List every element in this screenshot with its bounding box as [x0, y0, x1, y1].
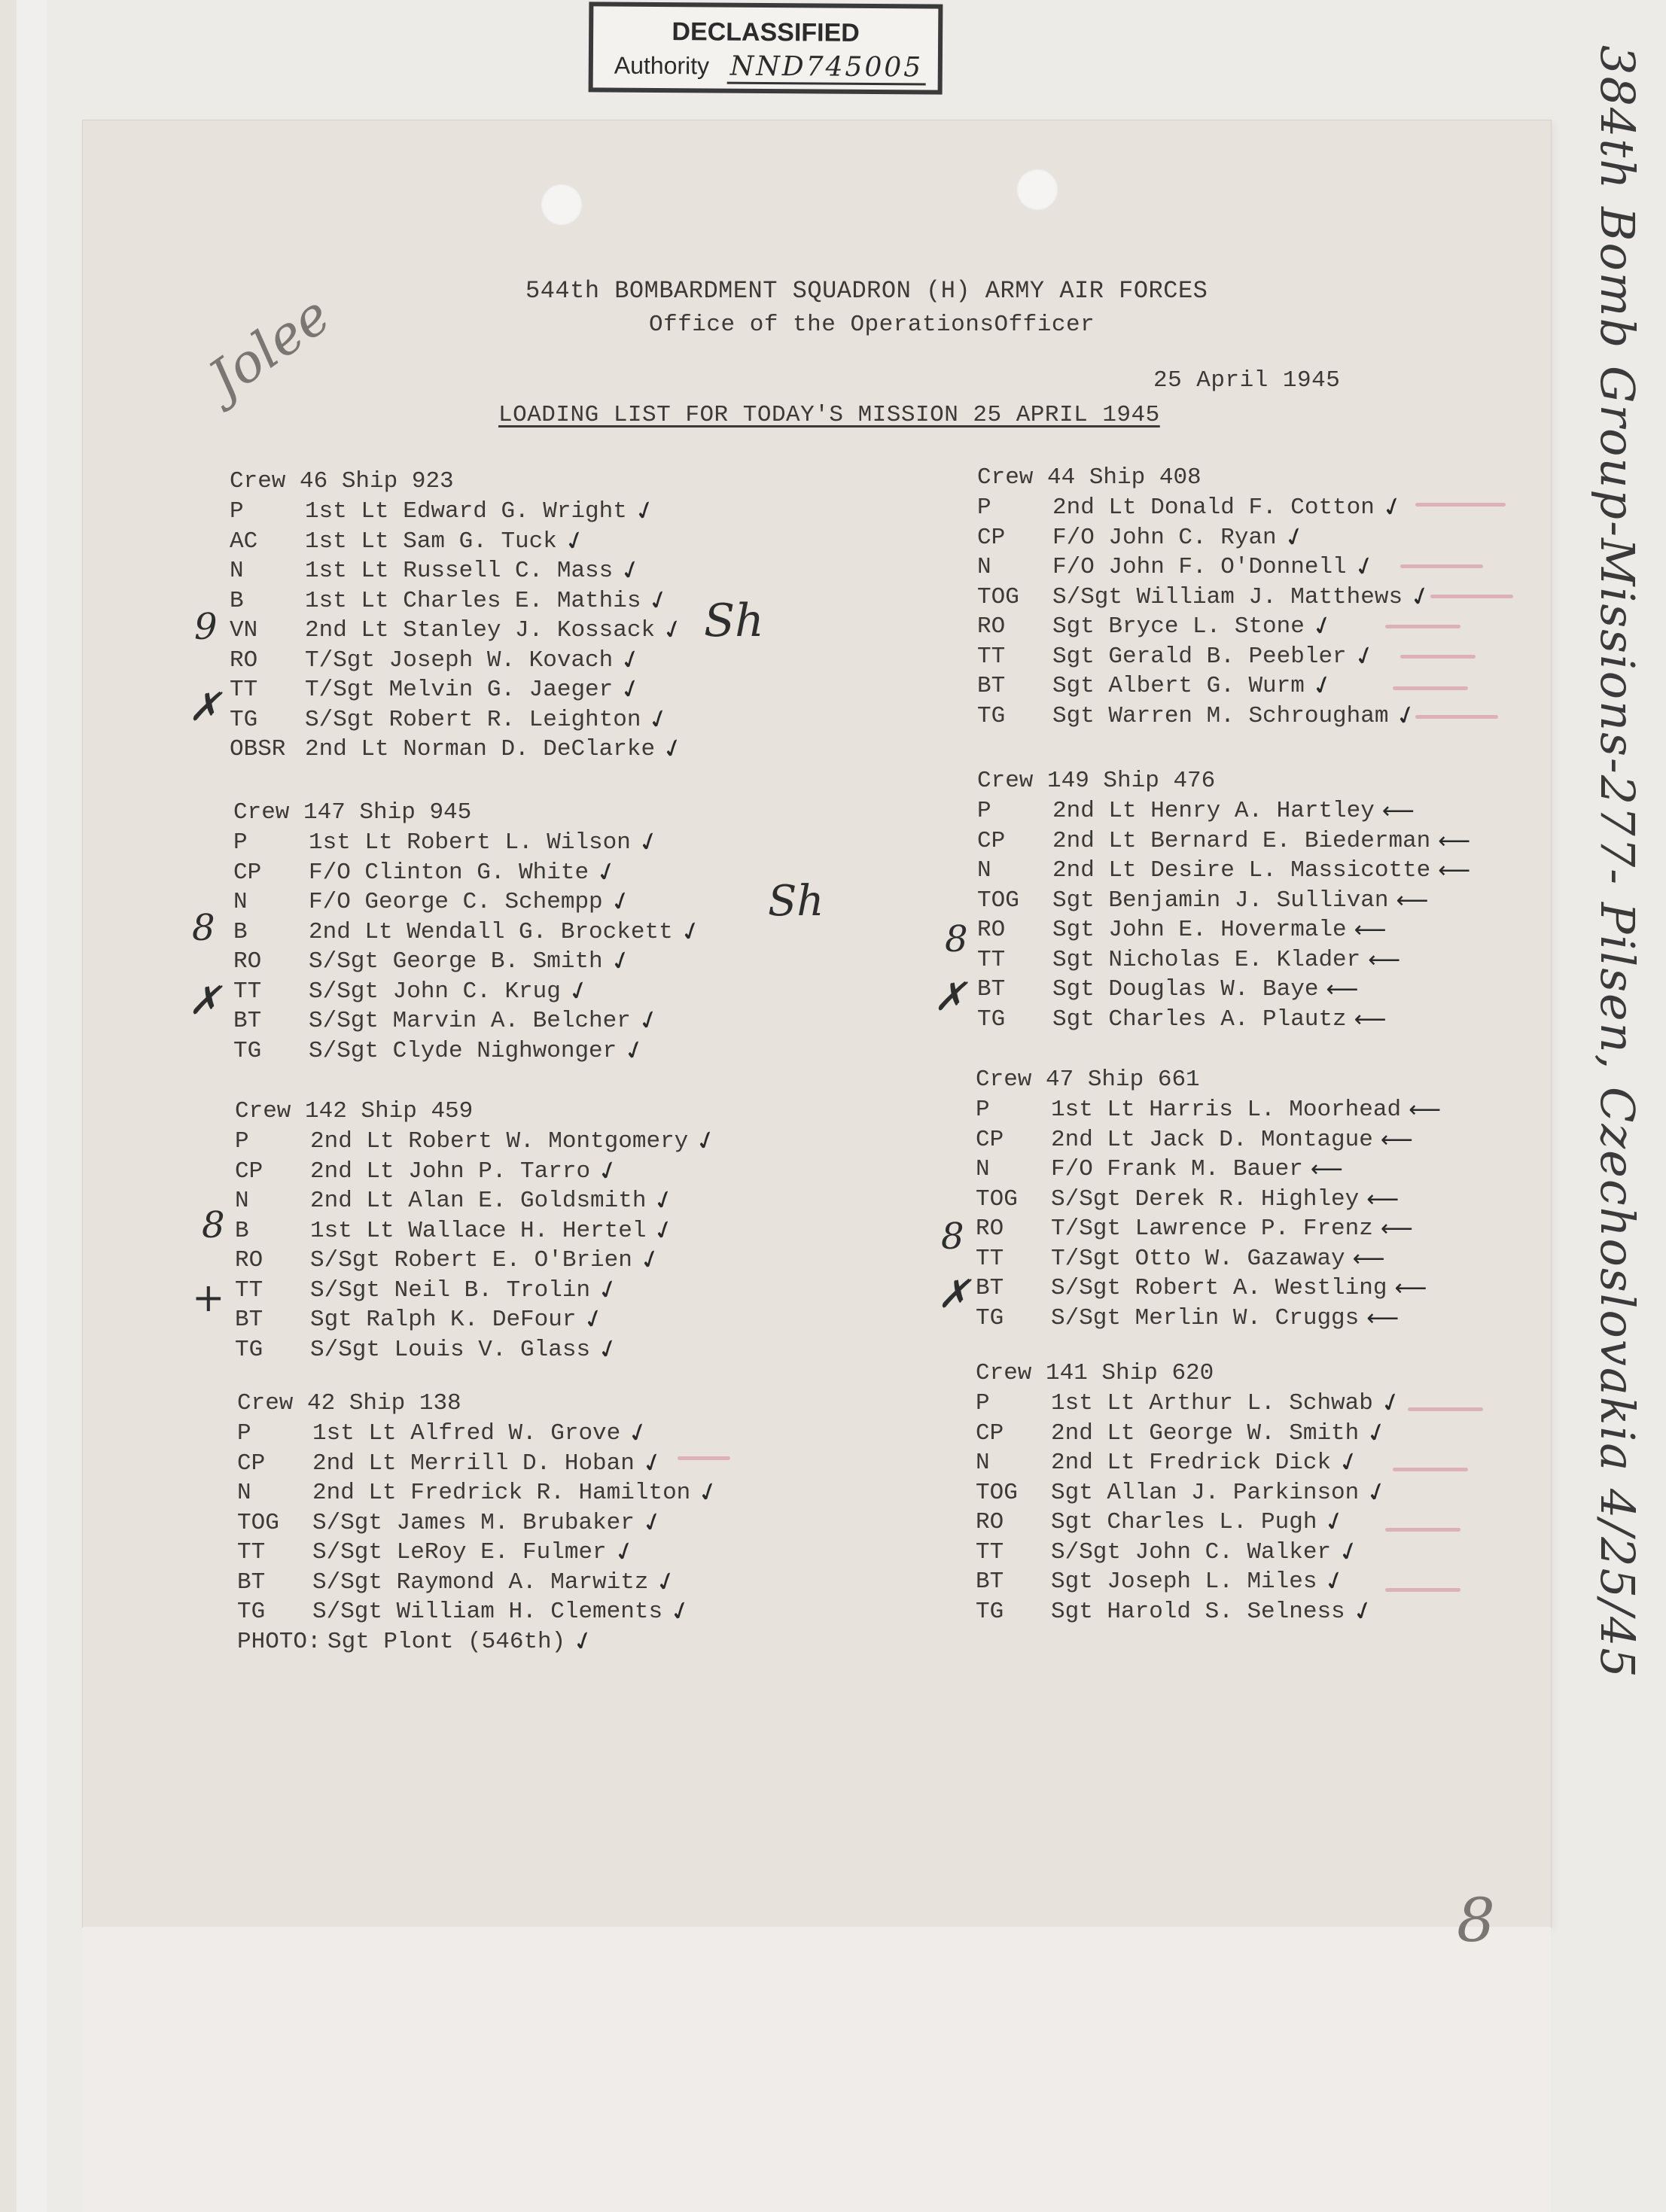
crew-member-row: P1st Lt Edward G. Wright✓: [230, 497, 684, 527]
member-name: S/Sgt William H. Clements: [312, 1597, 662, 1627]
crew-member-row: P1st Lt Robert L. Wilson✓: [233, 828, 702, 858]
crew-member-row: N1st Lt Russell C. Mass✓: [230, 556, 684, 586]
crew-member-row: CPF/O John C. Ryan✓: [977, 523, 1432, 553]
member-name: F/O John F. O'Donnell: [1052, 552, 1347, 583]
member-name: 2nd Lt Alan E. Goldsmith: [310, 1186, 646, 1216]
backdrop-binder-edge: [0, 0, 17, 2212]
checkmark-icon: ✓: [1363, 1475, 1392, 1510]
member-name: 2nd Lt Desire L. Massicotte: [1052, 856, 1430, 886]
checkmark-icon: ✓: [638, 1446, 667, 1480]
crew-member-row: TOGS/Sgt William J. Matthews✓: [977, 583, 1432, 613]
crew-member-row: CP2nd Lt John P. Tarro✓: [235, 1157, 717, 1187]
checkmark-icon: ✓: [1280, 520, 1309, 555]
crew-member-row: TTS/Sgt John C. Krug✓: [233, 977, 702, 1007]
position-code: BT: [235, 1305, 310, 1335]
checkmark-icon: ✓: [1320, 1565, 1350, 1599]
position-code: TG: [233, 1036, 309, 1066]
crew-member-row: TTS/Sgt John C. Walker✓: [976, 1538, 1402, 1568]
member-name: Sgt Charles L. Pugh: [1051, 1508, 1317, 1538]
crew-member-row: NF/O Frank M. Bauer⟵: [976, 1155, 1441, 1185]
member-name: Sgt Bryce L. Stone: [1052, 612, 1305, 642]
crew-member-row: B2nd Lt Wendall G. Brockett✓: [233, 917, 702, 948]
vertical-margin-note: 384th Bomb Group-Missions-277- Pilsen, C…: [1577, 45, 1645, 1927]
position-code: BT: [976, 1567, 1051, 1597]
position-code: AC: [230, 527, 305, 557]
member-name: S/Sgt George B. Smith: [309, 947, 603, 977]
declassified-stamp: DECLASSIFIED Authority NND745005: [589, 2, 943, 94]
position-code: P: [233, 828, 309, 858]
member-name: T/Sgt Joseph W. Kovach: [305, 646, 613, 676]
crew-member-row: ROT/Sgt Lawrence P. Frenz⟵: [976, 1214, 1441, 1244]
position-code: TOG: [977, 583, 1052, 613]
arrow-mark-icon: ⟵: [1366, 1185, 1399, 1215]
position-code: TG: [976, 1597, 1051, 1627]
member-name: S/Sgt Neil B. Trolin: [310, 1276, 590, 1306]
crew-member-row: TTSgt Gerald B. Peebler✓: [977, 642, 1432, 672]
checkmark-icon: ✓: [644, 702, 674, 737]
member-name: Sgt John E. Hovermale: [1052, 915, 1347, 945]
position-code: RO: [230, 646, 305, 676]
arrow-mark-icon: ⟵: [1396, 886, 1428, 916]
crew-member-row: NF/O George C. Schempp✓: [233, 887, 702, 917]
crew-member-row: TTS/Sgt Neil B. Trolin✓: [235, 1276, 717, 1306]
position-code: TT: [976, 1244, 1051, 1274]
crew-block-44: Crew 44 Ship 408 P2nd Lt Donald F. Cotto…: [977, 463, 1432, 731]
crew-heading: Crew 141 Ship 620: [976, 1359, 1402, 1389]
member-name: 1st Lt Wallace H. Hertel: [310, 1216, 646, 1246]
member-name: Sgt Nicholas E. Klader: [1052, 945, 1360, 975]
crew-member-row: TTS/Sgt LeRoy E. Fulmer✓: [237, 1538, 720, 1568]
checkmark-icon: ✓: [606, 885, 635, 920]
x-mark-icon: ✗: [937, 1272, 970, 1317]
checkmark-icon: ✓: [1308, 610, 1337, 644]
checkmark-icon: ✓: [635, 1243, 665, 1278]
position-code: P: [977, 493, 1052, 523]
crew-member-row: P1st Lt Alfred W. Grove✓: [237, 1419, 720, 1449]
position-code: BT: [233, 1006, 309, 1036]
crew-member-row: TTT/Sgt Melvin G. Jaeger✓: [230, 675, 684, 705]
stamp-authority-value: NND745005: [727, 51, 927, 86]
crew-member-row: B1st Lt Charles E. Mathis✓: [230, 586, 684, 616]
checkmark-icon: ✓: [580, 1303, 609, 1337]
position-code: BT: [237, 1568, 312, 1598]
member-name: 1st Lt Sam G. Tuck: [305, 527, 557, 557]
arrow-mark-icon: ⟵: [1366, 1304, 1399, 1334]
position-code: CP: [237, 1449, 312, 1479]
position-code: TG: [230, 705, 305, 735]
member-name: S/Sgt William J. Matthews: [1052, 583, 1403, 613]
checkmark-icon: ✓: [624, 1416, 653, 1451]
punch-hole-right: [1016, 169, 1058, 211]
position-code: P: [237, 1419, 312, 1449]
position-code: CP: [976, 1125, 1051, 1155]
member-name: S/Sgt Derek R. Highley: [1051, 1185, 1359, 1215]
member-name: Sgt Gerald B. Peebler: [1052, 642, 1347, 672]
crew-member-row: CPF/O Clinton G. White✓: [233, 858, 702, 888]
stamp-authority-label: Authority: [614, 52, 710, 81]
position-code: TG: [237, 1597, 312, 1627]
checkmark-icon: ✓: [620, 1033, 650, 1068]
member-name: Sgt Ralph K. DeFour: [310, 1305, 576, 1335]
member-name: S/Sgt Robert R. Leighton: [305, 705, 641, 735]
member-name: 2nd Lt Bernard E. Biederman: [1052, 826, 1430, 857]
x-mark-icon: ✗: [188, 685, 221, 730]
position-code: B: [230, 586, 305, 616]
position-code: N: [976, 1155, 1051, 1185]
member-name: F/O Frank M. Bauer: [1051, 1155, 1303, 1185]
checkmark-icon: ✓: [1320, 1505, 1350, 1540]
checkmark-icon: ✓: [564, 974, 593, 1009]
crew-member-row: TGS/Sgt William H. Clements✓: [237, 1597, 720, 1627]
member-name: Sgt Benjamin J. Sullivan: [1052, 886, 1388, 916]
crew-member-row: N2nd Lt Fredrick Dick✓: [976, 1448, 1402, 1478]
crew-member-row: BTSgt Albert G. Wurm✓: [977, 671, 1432, 701]
checkmark-icon: ✓: [630, 494, 659, 529]
checkmark-icon: ✓: [610, 1535, 639, 1570]
position-code: N: [977, 856, 1052, 886]
position-code: TOG: [977, 886, 1052, 916]
crew-member-row: N2nd Lt Fredrick R. Hamilton✓: [237, 1478, 720, 1508]
crew-block-149: Crew 149 Ship 476 P2nd Lt Henry A. Hartl…: [977, 766, 1470, 1034]
member-name: S/Sgt Raymond A. Marwitz: [312, 1568, 648, 1598]
member-name: 1st Lt Alfred W. Grove: [312, 1419, 620, 1449]
checkmark-icon: ✓: [1348, 1594, 1378, 1629]
position-code: TT: [976, 1538, 1051, 1568]
crew-member-row: TGSgt Charles A. Plautz⟵: [977, 1005, 1470, 1035]
arrow-mark-icon: ⟵: [1409, 1095, 1441, 1125]
crew149-side-mark: 8: [945, 918, 968, 960]
crew-heading: Crew 44 Ship 408: [977, 463, 1432, 493]
position-code: P: [230, 497, 305, 527]
checkmark-icon: ✓: [1350, 639, 1379, 674]
crew-heading: Crew 147 Ship 945: [233, 798, 702, 828]
crew-member-row: N2nd Lt Desire L. Massicotte⟵: [977, 856, 1470, 886]
arrow-mark-icon: ⟵: [1353, 1244, 1385, 1274]
position-code: CP: [977, 523, 1052, 553]
crew147-side-mark: 8: [192, 907, 215, 949]
position-code: TG: [977, 701, 1052, 732]
stamp-title: DECLASSIFIED: [593, 17, 938, 48]
position-code: B: [235, 1216, 310, 1246]
position-code: TG: [977, 1005, 1052, 1035]
position-code: N: [237, 1478, 312, 1508]
crew-member-row: TTT/Sgt Otto W. Gazaway⟵: [976, 1244, 1441, 1274]
arrow-mark-icon: ⟵: [1394, 1273, 1427, 1304]
member-name: 2nd Lt Donald F. Cotton: [1052, 493, 1375, 523]
checkmark-icon: ✓: [638, 1505, 667, 1540]
arrow-mark-icon: ⟵: [1438, 826, 1470, 857]
checkmark-icon: ✓: [692, 1124, 721, 1159]
crew-member-row: BTS/Sgt Raymond A. Marwitz✓: [237, 1568, 720, 1598]
member-name: 1st Lt Harris L. Moorhead: [1051, 1095, 1401, 1125]
red-tally-mark: [1430, 595, 1513, 598]
member-name: Sgt Charles A. Plautz: [1052, 1005, 1347, 1035]
checkmark-icon: ✓: [676, 914, 705, 949]
position-code: N: [977, 552, 1052, 583]
position-code: PHOTO:: [237, 1627, 327, 1657]
unit-heading: 544th BOMBARDMENT SQUADRON (H) ARMY AIR …: [525, 277, 1208, 305]
checkmark-icon: ✓: [617, 554, 646, 589]
position-code: RO: [976, 1508, 1051, 1538]
crew-heading: Crew 149 Ship 476: [977, 766, 1470, 796]
member-name: Sgt Harold S. Selness: [1051, 1597, 1345, 1627]
page-number-annotation: 8: [1457, 1885, 1495, 1955]
position-code: N: [230, 556, 305, 586]
checkmark-icon: ✓: [594, 1332, 623, 1367]
checkmark-icon: ✓: [650, 1184, 679, 1219]
position-code: P: [235, 1127, 310, 1157]
crew-member-row: ROSgt Bryce L. Stone✓: [977, 612, 1432, 642]
member-name: 2nd Lt Wendall G. Brockett: [309, 917, 673, 948]
checkmark-icon: ✓: [1308, 669, 1337, 704]
position-code: B: [233, 917, 309, 948]
crew-member-row: TTSgt Nicholas E. Klader⟵: [977, 945, 1470, 975]
crew-member-row: BTS/Sgt Marvin A. Belcher✓: [233, 1006, 702, 1036]
crew-member-row: AC1st Lt Sam G. Tuck✓: [230, 527, 684, 557]
member-name: 2nd Lt Norman D. DeClarke: [305, 735, 655, 765]
crew-member-row: TOGS/Sgt Derek R. Highley⟵: [976, 1185, 1441, 1215]
checkmark-icon: ✓: [634, 826, 663, 860]
crew-member-row: ROS/Sgt Robert E. O'Brien✓: [235, 1246, 717, 1276]
member-name: 2nd Lt John P. Tarro: [310, 1157, 590, 1187]
crew-member-row: TOGSgt Benjamin J. Sullivan⟵: [977, 886, 1470, 916]
crew-member-row: VN2nd Lt Stanley J. Kossack✓: [230, 616, 684, 646]
checkmark-icon: ✓: [659, 732, 688, 767]
member-name: S/Sgt Robert E. O'Brien: [310, 1246, 632, 1276]
crew-member-row: BTSgt Ralph K. DeFour✓: [235, 1305, 717, 1335]
crew-member-row: TGS/Sgt Louis V. Glass✓: [235, 1335, 717, 1365]
position-code: RO: [977, 612, 1052, 642]
page-below: [83, 1927, 1551, 2212]
member-name: 2nd Lt Jack D. Montague: [1051, 1125, 1373, 1155]
arrow-mark-icon: ⟵: [1368, 945, 1400, 975]
member-name: 2nd Lt Henry A. Hartley: [1052, 796, 1375, 826]
crew-member-row: BTSgt Joseph L. Miles✓: [976, 1567, 1402, 1597]
member-name: F/O George C. Schempp: [309, 887, 603, 917]
position-code: TOG: [976, 1185, 1051, 1215]
cross-mark-icon: +: [192, 1276, 225, 1321]
crew-member-row: TGS/Sgt Robert R. Leighton✓: [230, 705, 684, 735]
crew142-side-mark: 8: [202, 1204, 225, 1246]
document-date: 25 April 1945: [1153, 367, 1340, 394]
arrow-mark-icon: ⟵: [1311, 1155, 1343, 1185]
crew-member-row: N2nd Lt Alan E. Goldsmith✓: [235, 1186, 717, 1216]
loading-list-title: LOADING LIST FOR TODAY'S MISSION 25 APRI…: [498, 402, 1160, 428]
crew-member-row: ROSgt John E. Hovermale⟵: [977, 915, 1470, 945]
crew-member-row: P2nd Lt Robert W. Montgomery✓: [235, 1127, 717, 1157]
x-mark-icon: ✗: [188, 978, 221, 1024]
crew-member-row: P2nd Lt Donald F. Cotton✓: [977, 493, 1432, 523]
position-code: RO: [233, 947, 309, 977]
position-code: RO: [977, 915, 1052, 945]
crew-member-row: OBSR2nd Lt Norman D. DeClarke✓: [230, 735, 684, 765]
checkmark-icon: ✓: [606, 945, 635, 979]
member-name: 1st Lt Arthur L. Schwab: [1051, 1389, 1373, 1419]
checkmark-icon: ✓: [1335, 1446, 1364, 1480]
position-code: TG: [976, 1304, 1051, 1334]
crew-member-row: ROSgt Charles L. Pugh✓: [976, 1508, 1402, 1538]
position-code: VN: [230, 616, 305, 646]
checkmark-icon: ✓: [1363, 1416, 1392, 1450]
checkmark-icon: ✓: [617, 643, 646, 677]
crew47-side-mark: 8: [941, 1216, 964, 1258]
red-tally-mark: [1408, 1407, 1483, 1411]
arrow-mark-icon: ⟵: [1381, 1214, 1413, 1244]
crew-member-row: BTSgt Douglas W. Baye⟵: [977, 975, 1470, 1005]
x-mark-icon: ✗: [934, 975, 967, 1020]
backdrop-page-edge: [17, 0, 47, 2212]
crew-member-row: CP2nd Lt Bernard E. Biederman⟵: [977, 826, 1470, 857]
crew46-note: Sh: [704, 595, 764, 647]
crew-member-row: CP2nd Lt Jack D. Montague⟵: [976, 1125, 1441, 1155]
arrow-mark-icon: ⟵: [1438, 856, 1470, 886]
member-name: 1st Lt Russell C. Mass: [305, 556, 613, 586]
checkmark-icon: ✓: [652, 1565, 681, 1599]
arrow-mark-icon: ⟵: [1382, 796, 1415, 826]
crew-member-row: TGSgt Harold S. Selness✓: [976, 1597, 1402, 1627]
checkmark-icon: ✓: [644, 583, 674, 618]
member-name: Sgt Albert G. Wurm: [1052, 671, 1305, 701]
crew-member-row: BTS/Sgt Robert A. Westling⟵: [976, 1273, 1441, 1304]
office-heading: Office of the OperationsOfficer: [649, 312, 1095, 338]
checkmark-icon: ✓: [666, 1595, 696, 1629]
checkmark-icon: ✓: [1392, 698, 1421, 733]
checkmark-icon: ✓: [659, 613, 688, 648]
crew-member-row: P1st Lt Arthur L. Schwab✓: [976, 1389, 1402, 1419]
crew-member-row: TGS/Sgt Clyde Nighwonger✓: [233, 1036, 702, 1066]
position-code: TT: [977, 642, 1052, 672]
position-code: TT: [977, 945, 1052, 975]
member-name: 1st Lt Robert L. Wilson: [309, 828, 631, 858]
crew-member-row: B1st Lt Wallace H. Hertel✓: [235, 1216, 717, 1246]
member-name: S/Sgt Merlin W. Cruggs: [1051, 1304, 1359, 1334]
member-name: Sgt Joseph L. Miles: [1051, 1567, 1317, 1597]
checkmark-icon: ✓: [1378, 491, 1407, 525]
member-name: Sgt Allan J. Parkinson: [1051, 1478, 1359, 1508]
position-code: TOG: [976, 1478, 1051, 1508]
position-code: TOG: [237, 1508, 312, 1538]
crew-member-row: TOGSgt Allan J. Parkinson✓: [976, 1478, 1402, 1508]
member-name: 2nd Lt Stanley J. Kossack: [305, 616, 655, 646]
position-code: TT: [230, 675, 305, 705]
crew-block-47: Crew 47 Ship 661 P1st Lt Harris L. Moorh…: [976, 1065, 1441, 1333]
position-code: TT: [233, 977, 309, 1007]
crew-member-row: P2nd Lt Henry A. Hartley⟵: [977, 796, 1470, 826]
member-name: Sgt Plont (546th): [327, 1627, 565, 1657]
member-name: S/Sgt John C. Krug: [309, 977, 561, 1007]
punch-hole-left: [541, 184, 583, 226]
checkmark-icon: ✓: [1406, 580, 1436, 614]
position-code: N: [235, 1186, 310, 1216]
checkmark-icon: ✓: [1350, 550, 1379, 585]
member-name: S/Sgt Marvin A. Belcher: [309, 1006, 631, 1036]
member-name: F/O John C. Ryan: [1052, 523, 1277, 553]
red-tally-mark: [1393, 1468, 1468, 1471]
position-code: BT: [977, 975, 1052, 1005]
checkmark-icon: ✓: [694, 1476, 723, 1511]
crew-heading: Crew 46 Ship 923: [230, 467, 684, 497]
member-name: 2nd Lt Fredrick Dick: [1051, 1448, 1331, 1478]
position-code: P: [977, 796, 1052, 826]
member-name: 1st Lt Charles E. Mathis: [305, 586, 641, 616]
member-name: S/Sgt Robert A. Westling: [1051, 1273, 1387, 1304]
member-name: Sgt Warren M. Schrougham: [1052, 701, 1388, 732]
crew-heading: Crew 142 Ship 459: [235, 1097, 717, 1127]
position-code: TT: [237, 1538, 312, 1568]
crew-block-142: Crew 142 Ship 459 P2nd Lt Robert W. Mont…: [235, 1097, 717, 1365]
member-name: S/Sgt James M. Brubaker: [312, 1508, 635, 1538]
member-name: S/Sgt John C. Walker: [1051, 1538, 1331, 1568]
position-code: N: [233, 887, 309, 917]
crew-block-46: Crew 46 Ship 923 P1st Lt Edward G. Wrigh…: [230, 467, 684, 765]
crew46-side-mark: 9: [194, 606, 218, 648]
crew-member-row: ROT/Sgt Joseph W. Kovach✓: [230, 646, 684, 676]
position-code: CP: [235, 1157, 310, 1187]
crew-member-row: ROS/Sgt George B. Smith✓: [233, 947, 702, 977]
crew-member-row: TGSgt Warren M. Schrougham✓: [977, 701, 1432, 732]
position-code: RO: [235, 1246, 310, 1276]
member-name: 2nd Lt Robert W. Montgomery: [310, 1127, 688, 1157]
arrow-mark-icon: ⟵: [1326, 975, 1358, 1005]
member-name: 1st Lt Edward G. Wright: [305, 497, 627, 527]
checkmark-icon: ✓: [617, 673, 646, 707]
arrow-mark-icon: ⟵: [1354, 915, 1387, 945]
position-code: BT: [977, 671, 1052, 701]
crew-member-row: TGS/Sgt Merlin W. Cruggs⟵: [976, 1304, 1441, 1334]
position-code: BT: [976, 1273, 1051, 1304]
position-code: RO: [976, 1214, 1051, 1244]
crew-member-row: P1st Lt Harris L. Moorhead⟵: [976, 1095, 1441, 1125]
crew-block-147: Crew 147 Ship 945 P1st Lt Robert L. Wils…: [233, 798, 702, 1066]
position-code: OBSR: [230, 735, 305, 765]
position-code: N: [976, 1448, 1051, 1478]
crew-block-141: Crew 141 Ship 620 P1st Lt Arthur L. Schw…: [976, 1359, 1402, 1626]
crew-member-row: CP2nd Lt George W. Smith✓: [976, 1419, 1402, 1449]
member-name: S/Sgt Clyde Nighwonger: [309, 1036, 617, 1066]
position-code: CP: [976, 1419, 1051, 1449]
crew-heading: Crew 42 Ship 138: [237, 1389, 720, 1419]
arrow-mark-icon: ⟵: [1354, 1005, 1387, 1035]
position-code: P: [976, 1389, 1051, 1419]
member-name: 2nd Lt Merrill D. Hoban: [312, 1449, 635, 1479]
member-name: S/Sgt Louis V. Glass: [310, 1335, 590, 1365]
arrow-mark-icon: ⟵: [1381, 1125, 1413, 1155]
checkmark-icon: ✓: [560, 524, 589, 558]
position-code: CP: [233, 858, 309, 888]
position-code: P: [976, 1095, 1051, 1125]
crew147-note: Sh: [768, 877, 824, 926]
member-name: T/Sgt Otto W. Gazaway: [1051, 1244, 1345, 1274]
member-name: F/O Clinton G. White: [309, 858, 589, 888]
member-name: 2nd Lt Fredrick R. Hamilton: [312, 1478, 690, 1508]
crew-member-row: TOGS/Sgt James M. Brubaker✓: [237, 1508, 720, 1538]
photo-row: PHOTO:Sgt Plont (546th)✓: [237, 1627, 720, 1657]
member-name: Sgt Douglas W. Baye: [1052, 975, 1318, 1005]
member-name: S/Sgt LeRoy E. Fulmer: [312, 1538, 607, 1568]
checkmark-icon: ✓: [592, 855, 622, 890]
member-name: 2nd Lt George W. Smith: [1051, 1419, 1359, 1449]
member-name: T/Sgt Lawrence P. Frenz: [1051, 1214, 1373, 1244]
crew-member-row: NF/O John F. O'Donnell✓: [977, 552, 1432, 583]
position-code: CP: [977, 826, 1052, 857]
crew-member-row: CP2nd Lt Merrill D. Hoban✓: [237, 1449, 720, 1479]
crew-block-42: Crew 42 Ship 138 P1st Lt Alfred W. Grove…: [237, 1389, 720, 1657]
position-code: TT: [235, 1276, 310, 1306]
checkmark-icon: ✓: [594, 1154, 623, 1188]
checkmark-icon: ✓: [569, 1624, 598, 1659]
member-name: T/Sgt Melvin G. Jaeger: [305, 675, 613, 705]
position-code: TG: [235, 1335, 310, 1365]
